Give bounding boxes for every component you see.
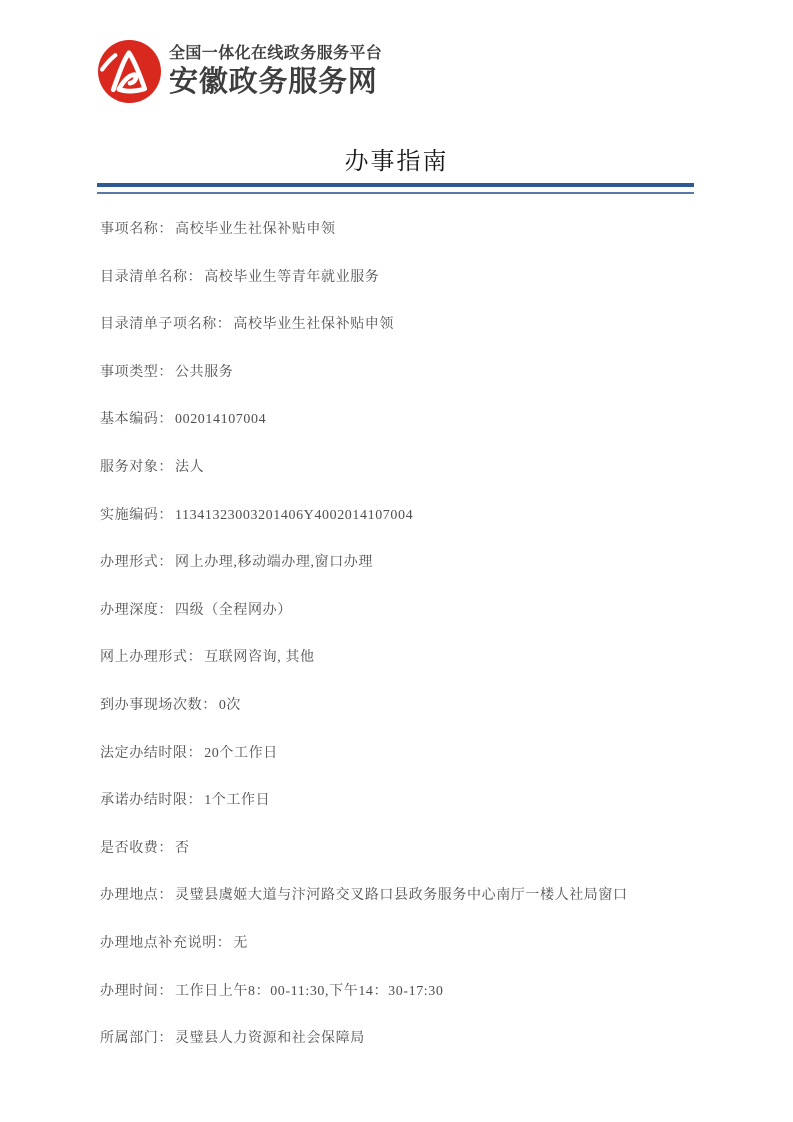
field-row: 目录清单子项名称：高校毕业生社保补贴申领 (100, 317, 720, 333)
field-label: 承诺办结时限： (100, 793, 202, 808)
field-row: 基本编码：002014107004 (100, 412, 720, 428)
field-label: 目录清单子项名称： (100, 317, 231, 332)
field-row: 办理形式：网上办理,移动端办理,窗口办理 (100, 555, 720, 571)
field-value: 0次 (219, 698, 241, 713)
field-value: 20个工作日 (204, 746, 278, 761)
field-label: 法定办结时限： (100, 746, 202, 761)
field-row: 承诺办结时限：1个工作日 (100, 793, 720, 809)
field-row: 事项类型：公共服务 (100, 365, 720, 381)
document-page: 全国一体化在线政务服务平台 安徽政务服务网 办事指南 事项名称：高校毕业生社保补… (0, 0, 793, 1122)
field-value: 灵璧县人力资源和社会保障局 (175, 1031, 365, 1046)
field-row: 法定办结时限：20个工作日 (100, 746, 720, 762)
field-row: 办理时间：工作日上午8：00-11:30,下午14：30-17:30 (100, 984, 720, 1000)
divider-thin-line (97, 192, 694, 194)
field-row: 办理深度：四级（全程网办） (100, 603, 720, 619)
field-row: 服务对象：法人 (100, 460, 720, 476)
field-label: 目录清单名称： (100, 270, 202, 285)
field-value: 002014107004 (175, 412, 266, 427)
field-value: 1个工作日 (204, 793, 270, 808)
field-label: 办理地点： (100, 888, 173, 903)
field-label: 网上办理形式： (100, 650, 202, 665)
site-header: 全国一体化在线政务服务平台 安徽政务服务网 (97, 39, 382, 104)
field-label: 服务对象： (100, 460, 173, 475)
field-label: 事项名称： (100, 222, 173, 237)
field-value: 四级（全程网办） (175, 603, 292, 618)
field-label: 是否收费： (100, 841, 173, 856)
page-title: 办事指南 (0, 141, 793, 176)
field-row: 实施编码：11341323003201406Y4002014107004 (100, 508, 720, 524)
platform-name: 全国一体化在线政务服务平台 (169, 44, 382, 64)
field-row: 办理地点补充说明：无 (100, 936, 720, 952)
field-row: 网上办理形式：互联网咨询, 其他 (100, 650, 720, 666)
field-label: 办理深度： (100, 603, 173, 618)
field-row: 是否收费：否 (100, 841, 720, 857)
anhui-gov-logo-icon (97, 39, 162, 104)
field-value: 否 (175, 841, 190, 856)
field-value: 网上办理,移动端办理,窗口办理 (175, 555, 373, 570)
title-divider (97, 183, 694, 194)
field-label: 到办事现场次数： (100, 698, 217, 713)
field-value: 11341323003201406Y4002014107004 (175, 508, 413, 523)
field-label: 实施编码： (100, 508, 173, 523)
field-value: 灵璧县虞姬大道与汴河路交叉路口县政务服务中心南厅一楼人社局窗口 (175, 888, 628, 903)
divider-thick-line (97, 183, 694, 187)
field-value: 法人 (175, 460, 204, 475)
field-value: 无 (233, 936, 248, 951)
field-label: 办理地点补充说明： (100, 936, 231, 951)
field-row: 办理地点：灵璧县虞姬大道与汴河路交叉路口县政务服务中心南厅一楼人社局窗口 (100, 888, 720, 904)
field-label: 事项类型： (100, 365, 173, 380)
field-value: 高校毕业生社保补贴申领 (175, 222, 336, 237)
field-label: 办理形式： (100, 555, 173, 570)
site-name: 安徽政务服务网 (169, 65, 382, 99)
fields-list: 事项名称：高校毕业生社保补贴申领 目录清单名称：高校毕业生等青年就业服务 目录清… (100, 222, 720, 1079)
field-label: 所属部门： (100, 1031, 173, 1046)
field-row: 到办事现场次数：0次 (100, 698, 720, 714)
field-row: 事项名称：高校毕业生社保补贴申领 (100, 222, 720, 238)
field-value: 公共服务 (175, 365, 233, 380)
field-value: 高校毕业生社保补贴申领 (233, 317, 394, 332)
field-label: 基本编码： (100, 412, 173, 427)
field-value: 工作日上午8：00-11:30,下午14：30-17:30 (175, 984, 443, 999)
field-row: 所属部门：灵璧县人力资源和社会保障局 (100, 1031, 720, 1047)
field-row: 目录清单名称：高校毕业生等青年就业服务 (100, 270, 720, 286)
header-text: 全国一体化在线政务服务平台 安徽政务服务网 (169, 44, 382, 99)
field-value: 高校毕业生等青年就业服务 (204, 270, 379, 285)
field-value: 互联网咨询, 其他 (204, 650, 314, 665)
field-label: 办理时间： (100, 984, 173, 999)
